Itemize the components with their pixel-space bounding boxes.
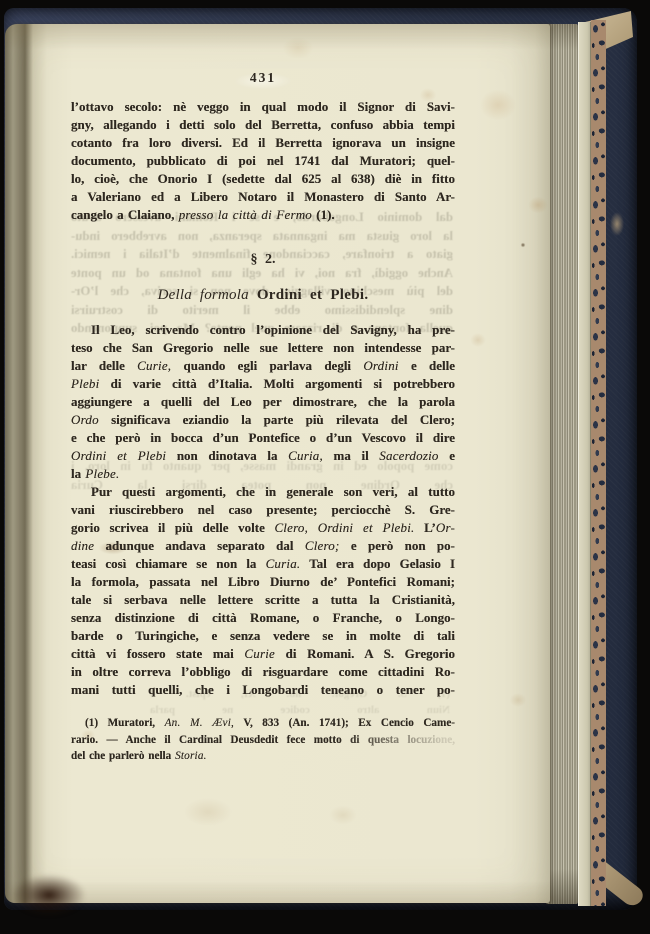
roman-text: lo, cioè, che Onorio I (sedette dal 625 …	[71, 171, 455, 186]
roman-text: adunque andava separato dal	[94, 538, 305, 553]
text-line: teso che San Gregorio nelle sue lettere …	[71, 339, 455, 357]
italic-text: Curie	[244, 646, 275, 661]
roman-text: (1).	[312, 207, 335, 222]
shadow-bottom-left	[12, 874, 86, 916]
roman-text: teasi così chiamare se non la	[71, 556, 266, 571]
italic-text: Ordo	[71, 412, 99, 427]
text-line: in oltre correva l’obbligo di risguardar…	[71, 663, 455, 681]
roman-text: del che parlerò nella	[71, 750, 175, 762]
roman-text: tale si serbava nelle lettere scritte a …	[71, 592, 455, 607]
italic-text: Curia.	[266, 556, 301, 571]
text-line: (1) Muratori, An. M. Ævi, V, 833 (An. 17…	[71, 715, 455, 732]
roman-text: cotanto fra loro diversi. Ed il Berretta…	[71, 135, 455, 150]
italic-text: Or-	[436, 520, 455, 535]
roman-text: teso che San Gregorio nelle sue lettere …	[71, 340, 455, 355]
text-line: Plebi di varie città d’Italia. Molti arg…	[71, 375, 455, 393]
roman-text: Pur questi argomenti, che in generale so…	[91, 484, 455, 499]
roman-text: V, 833 (An. 1741); Ex Cencio Came-	[234, 717, 455, 729]
italic-text: Plebe.	[85, 466, 119, 481]
text-line: la formola, passata nel Libro Diurno de’…	[71, 573, 455, 591]
text-line: dine adunque andava separato dal Clero; …	[71, 537, 455, 555]
roman-text: e che però in bocca d’un Pontefice o d’u…	[71, 430, 455, 445]
roman-text: Tal era dopo Gelasio I	[300, 556, 455, 571]
italic-text: An. M. Ævi,	[165, 717, 234, 729]
roman-text: barde o Turingiche, e senza vedere se in…	[71, 628, 455, 643]
text-line: Ordo significava eziandio la parte più r…	[71, 411, 455, 429]
text-line: tale si serbava nelle lettere scritte a …	[71, 591, 455, 609]
page-edges-inner	[578, 22, 591, 906]
text-block: 431 l’ottavo secolo: nè veggo in qual mo…	[71, 70, 455, 765]
text-line: teasi così chiamare se non la Curia. Tal…	[71, 555, 455, 573]
text-line: la Plebe.	[71, 465, 455, 483]
roman-text: di Romani. A S. Gregorio	[275, 646, 455, 661]
text-line: l’ottavo secolo: nè veggo in qual modo i…	[71, 98, 455, 116]
italic-text: Sacerdozio	[379, 448, 438, 463]
italic-text: Curie,	[137, 358, 171, 373]
text-line: Il Leo, scrivendo contro l’opinione del …	[71, 321, 455, 339]
text-line: senza distinzione di città Romane, o Fra…	[71, 609, 455, 627]
roman-text: a Valeriano ed a Libero Notaro il Monast…	[71, 189, 455, 204]
roman-text: ma il	[323, 448, 379, 463]
roman-text: senza distinzione di città Romane, o Fra…	[71, 610, 455, 625]
italic-text: Storia.	[175, 750, 207, 762]
cover-edge-tear	[610, 212, 624, 236]
roman-text: mani tutti quelli, che i Longobardi tene…	[71, 682, 455, 697]
text-line: città vi fossero state mai Curie di Roma…	[71, 645, 455, 663]
roman-text: gorio scrivea il più delle volte	[71, 520, 274, 535]
roman-text: la	[71, 466, 85, 481]
roman-text: e	[439, 448, 455, 463]
paragraph: Il Leo, scrivendo contro l’opinione del …	[71, 321, 455, 483]
book-photo: dal dominio Longobardo, e se i Romani av…	[0, 0, 650, 934]
roman-text: l’ottavo secolo: nè veggo in qual modo i…	[71, 99, 455, 114]
paragraph: l’ottavo secolo: nè veggo in qual modo i…	[71, 98, 455, 224]
roman-text: vani riuscirebbero nel caso presente; pe…	[71, 502, 455, 517]
italic-text: Clero, Ordini et Plebi.	[274, 520, 414, 535]
roman-text: la formola, passata nel Libro Diurno de’…	[71, 574, 455, 589]
text-line: barde o Turingiche, e senza vedere se in…	[71, 627, 455, 645]
text-line: rario. — Anche il Cardinal Deusdedit fec…	[71, 732, 455, 749]
roman-text: significava eziandio la parte più rileva…	[99, 412, 455, 427]
text-line: e che però in bocca d’un Pontefice o d’u…	[71, 429, 455, 447]
italic-text: Ordini et Plebi	[71, 448, 166, 463]
footnote: (1) Muratori, An. M. Ævi, V, 833 (An. 17…	[71, 715, 455, 765]
roman-text: quando egli parlava degli	[171, 358, 363, 373]
roman-text: rario. — Anche il Cardinal Deusdedit fec…	[71, 734, 455, 746]
roman-text: aggiungere a quelli del Leo per dimostra…	[71, 394, 455, 409]
roman-text: Il Leo, scrivendo contro l’opinione del …	[91, 322, 455, 337]
roman-text: di varie città d’Italia. Molti argomenti…	[99, 376, 455, 391]
roman-text: non dinotava la	[166, 448, 288, 463]
roman-text: in oltre correva l’obbligo di risguardar…	[71, 664, 455, 679]
italic-text: Ordini	[363, 358, 398, 373]
text-line: mani tutti quelli, che i Longobardi tene…	[71, 681, 455, 699]
roman-text: città vi fossero state mai	[71, 646, 244, 661]
page-number: 431	[71, 70, 455, 90]
italic-text: Plebi	[71, 376, 99, 391]
text-line: gorio scrivea il più delle volte Clero, …	[71, 519, 455, 537]
text-line: cotanto fra loro diversi. Ed il Berretta…	[71, 134, 455, 152]
roman-text: Ordini et Plebi.	[249, 287, 369, 303]
text-line: Pur questi argomenti, che in generale so…	[71, 483, 455, 501]
roman-text: lar delle	[71, 358, 137, 373]
text-line: cangelo a Claiano, presso la città di Fe…	[71, 206, 455, 224]
text-line: del che parlerò nella Storia.	[71, 748, 455, 765]
section-mark: § 2.	[71, 250, 455, 270]
italic-text: Curia,	[288, 448, 323, 463]
roman-text: e delle	[399, 358, 455, 373]
page-text: l’ottavo secolo: nè veggo in qual modo i…	[71, 98, 455, 765]
text-line: vani riuscirebbero nel caso presente; pe…	[71, 501, 455, 519]
roman-text: documento, pubblicato di poi nel 1741 da…	[71, 153, 455, 168]
text-line: aggiungere a quelli del Leo per dimostra…	[71, 393, 455, 411]
roman-text: gny, allegando i detti solo del Berretta…	[71, 117, 455, 132]
roman-text: cangelo a Claiano,	[71, 207, 179, 222]
roman-text: (1) Muratori,	[85, 717, 165, 729]
italic-text: presso la città di Fermo	[179, 207, 312, 222]
roman-text: e però non po-	[340, 538, 455, 553]
italic-text: dine	[71, 538, 94, 553]
marbled-edge	[591, 20, 606, 906]
text-line: gny, allegando i detti solo del Berretta…	[71, 116, 455, 134]
roman-text: L’	[414, 520, 435, 535]
italic-text: Clero;	[305, 538, 340, 553]
page-edges	[546, 24, 578, 904]
paragraph: Pur questi argomenti, che in generale so…	[71, 483, 455, 699]
text-line: lar delle Curie, quando egli parlava deg…	[71, 357, 455, 375]
section-title: Della formola Ordini et Plebi.	[71, 285, 455, 306]
text-line: documento, pubblicato di poi nel 1741 da…	[71, 152, 455, 170]
text-line: lo, cioè, che Onorio I (sedette dal 625 …	[71, 170, 455, 188]
italic-text: Della formola	[158, 287, 249, 303]
text-line: Ordini et Plebi non dinotava la Curia, m…	[71, 447, 455, 465]
text-line: a Valeriano ed a Libero Notaro il Monast…	[71, 188, 455, 206]
